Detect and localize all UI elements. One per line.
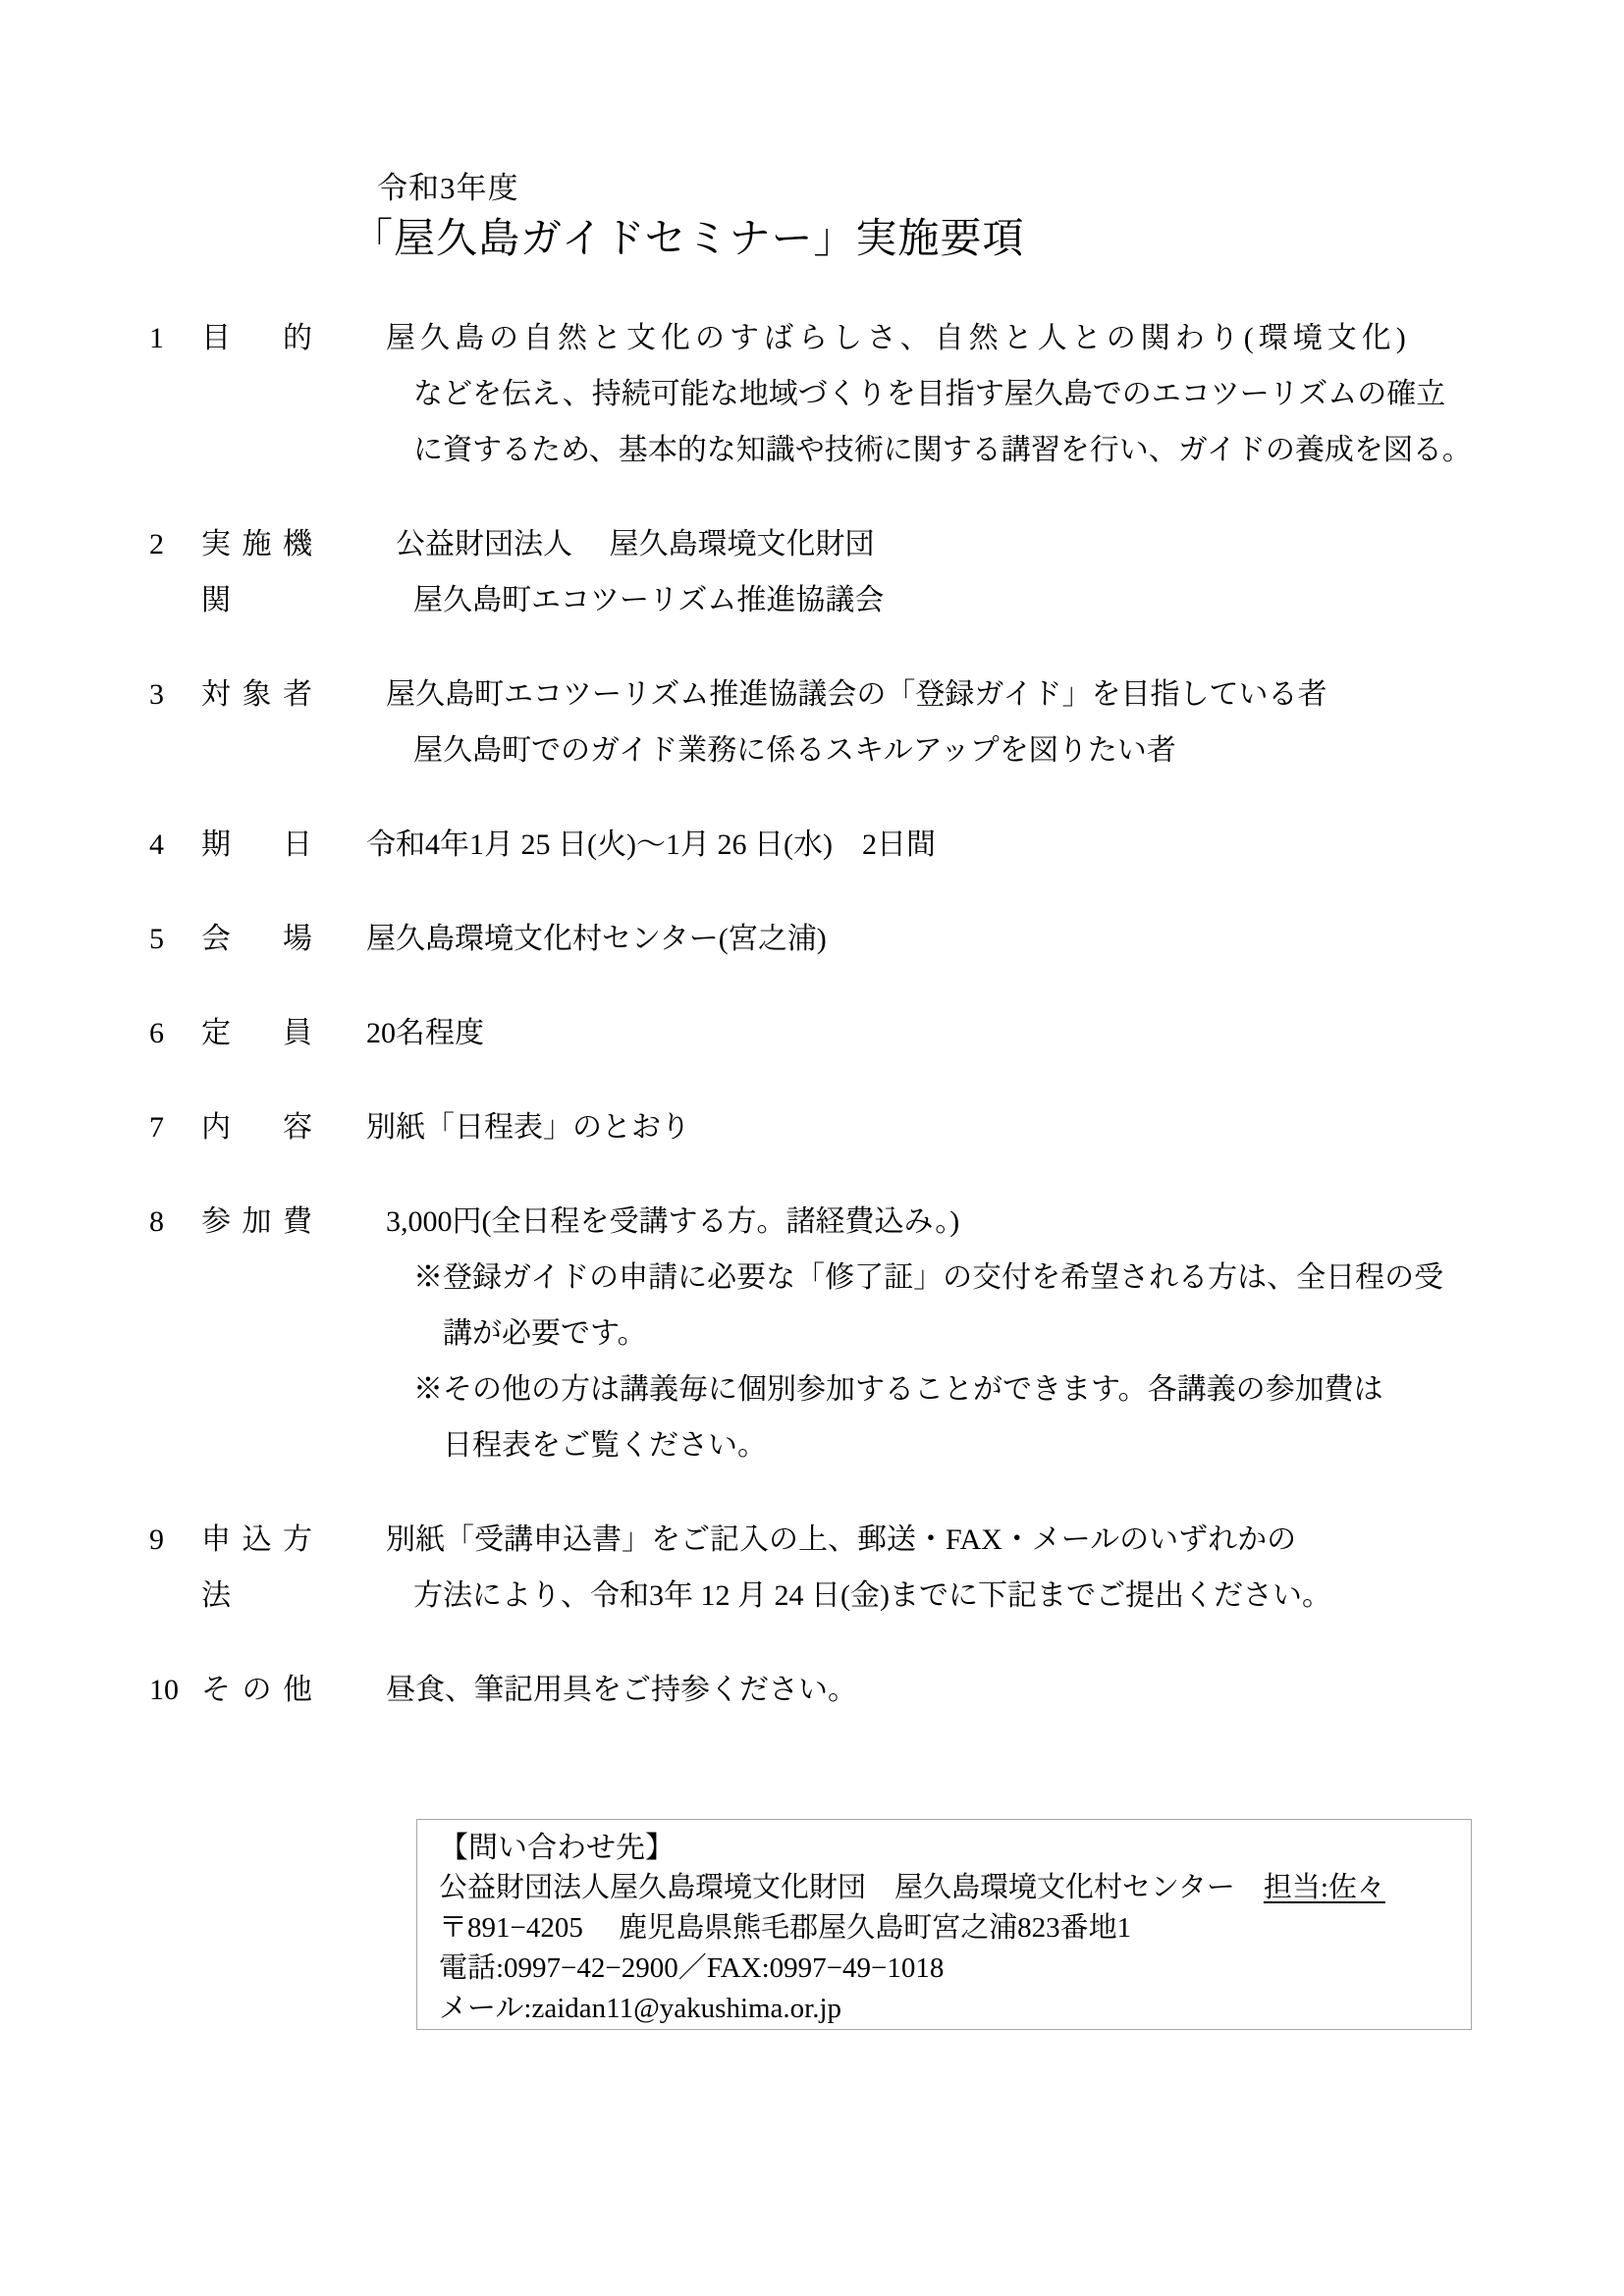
contact-organization-line: 公益財団法人屋久島環境文化財団 屋久島環境文化村センター 担当:佐々 xyxy=(439,1868,1449,1908)
item-8: 8参加費3,000円(全日程を受講する方。諸経費込み。)※登録ガイドの申請に必要… xyxy=(149,1194,1524,1473)
item-number: 7 xyxy=(149,1099,201,1155)
item-1: 1目的屋久島の自然と文化のすばらしさ、自然と人との関わり(環境文化)などを伝え、… xyxy=(149,310,1524,478)
item-line: 講が必要です。 xyxy=(366,1306,1524,1362)
contact-tel-fax: 電話:0997−42−2900／FAX:0997−49−1018 xyxy=(439,1949,1449,1989)
item-label: 参加費 xyxy=(201,1194,312,1250)
item-7: 7内容別紙「日程表」のとおり xyxy=(149,1099,1524,1155)
contact-box: 【問い合わせ先】 公益財団法人屋久島環境文化財団 屋久島環境文化村センター 担当… xyxy=(416,1819,1472,2030)
item-number: 5 xyxy=(149,911,201,967)
item-body: 昼食、筆記用具をご持参ください。 xyxy=(366,1662,1524,1718)
item-body: 屋久島町エコツーリズム推進協議会の「登録ガイド」を目指している者屋久島町でのガイ… xyxy=(366,667,1524,778)
item-number: 4 xyxy=(149,817,201,873)
item-line: ※登録ガイドの申請に必要な「修了証」の交付を希望される方は、全日程の受 xyxy=(366,1250,1524,1306)
item-number: 10 xyxy=(149,1662,201,1718)
item-label: 申込方法 xyxy=(201,1512,312,1624)
items-list: 1目的屋久島の自然と文化のすばらしさ、自然と人との関わり(環境文化)などを伝え、… xyxy=(149,310,1524,1756)
item-label: 対象者 xyxy=(201,667,312,722)
contact-email-label: メール: xyxy=(439,1993,531,2024)
item-line: に資するため、基本的な知識や技術に関する講習を行い、ガイドの養成を図る。 xyxy=(366,422,1524,478)
item-number: 2 xyxy=(149,516,201,572)
item-number: 1 xyxy=(149,310,201,366)
item-body: 3,000円(全日程を受講する方。諸経費込み。)※登録ガイドの申請に必要な「修了… xyxy=(366,1194,1524,1473)
item-line: 屋久島町エコツーリズム推進協議会 xyxy=(366,572,1524,628)
item-2: 2実施機関公益財団法人 屋久島環境文化財団屋久島町エコツーリズム推進協議会 xyxy=(149,516,1524,628)
item-number: 8 xyxy=(149,1194,201,1250)
item-line: ※その他の方は講義毎に個別参加することができます。各講義の参加費は xyxy=(366,1362,1524,1417)
item-line: 方法により、令和3年 12 月 24 日(金)までに下記までご提出ください。 xyxy=(366,1568,1524,1624)
item-3: 3対象者屋久島町エコツーリズム推進協議会の「登録ガイド」を目指している者屋久島町… xyxy=(149,667,1524,778)
item-label: その他 xyxy=(201,1662,312,1718)
item-line: 別紙「日程表」のとおり xyxy=(366,1099,1524,1155)
item-body: 公益財団法人 屋久島環境文化財団屋久島町エコツーリズム推進協議会 xyxy=(366,516,1524,628)
item-6: 6定員20名程度 xyxy=(149,1005,1524,1061)
contact-person: 担当:佐々 xyxy=(1264,1872,1385,1903)
item-number: 9 xyxy=(149,1512,201,1568)
item-body: 別紙「日程表」のとおり xyxy=(366,1099,1524,1155)
contact-email-line: メール:zaidan11@yakushima.or.jp xyxy=(439,1989,1449,2029)
item-4: 4期日令和4年1月 25 日(火)～1月 26 日(水) 2日間 xyxy=(149,817,1524,873)
fiscal-year-label: 令和3年度 xyxy=(377,163,519,207)
item-number: 3 xyxy=(149,667,201,722)
contact-gap xyxy=(1235,1872,1264,1903)
item-5: 5会場屋久島環境文化村センター(宮之浦) xyxy=(149,911,1524,967)
item-body: 屋久島環境文化村センター(宮之浦) xyxy=(366,911,1524,967)
item-label: 定員 xyxy=(201,1005,312,1061)
item-line: 屋久島の自然と文化のすばらしさ、自然と人との関わり(環境文化) xyxy=(366,310,1524,366)
item-line: 20名程度 xyxy=(366,1005,1524,1061)
contact-address: 〒891−4205 鹿児島県熊毛郡屋久島町宮之浦823番地1 xyxy=(439,1908,1449,1949)
item-9: 9申込方法別紙「受講申込書」をご記入の上、郵送・FAX・メールのいずれかの方法に… xyxy=(149,1512,1524,1624)
item-line: 別紙「受講申込書」をご記入の上、郵送・FAX・メールのいずれかの xyxy=(366,1512,1524,1568)
contact-organization: 公益財団法人屋久島環境文化財団 屋久島環境文化村センター xyxy=(439,1872,1235,1903)
item-line: 日程表をご覧ください。 xyxy=(366,1417,1524,1473)
item-line: 公益財団法人 屋久島環境文化財団 xyxy=(366,516,1524,572)
item-label: 期日 xyxy=(201,817,312,873)
item-label: 内容 xyxy=(201,1099,312,1155)
document-page: 令和3年度 「屋久島ガイドセミナー」実施要項 1目的屋久島の自然と文化のすばらし… xyxy=(0,0,1624,2296)
item-body: 令和4年1月 25 日(火)～1月 26 日(水) 2日間 xyxy=(366,817,1524,873)
item-10: 10その他昼食、筆記用具をご持参ください。 xyxy=(149,1662,1524,1718)
contact-heading: 【問い合わせ先】 xyxy=(439,1828,1449,1868)
item-line: 屋久島環境文化村センター(宮之浦) xyxy=(366,911,1524,967)
item-body: 20名程度 xyxy=(366,1005,1524,1061)
item-body: 屋久島の自然と文化のすばらしさ、自然と人との関わり(環境文化)などを伝え、持続可… xyxy=(366,310,1524,478)
item-line: などを伝え、持続可能な地域づくりを目指す屋久島でのエコツーリズムの確立 xyxy=(366,366,1524,422)
contact-email: zaidan11@yakushima.or.jp xyxy=(531,1993,841,2024)
item-body: 別紙「受講申込書」をご記入の上、郵送・FAX・メールのいずれかの方法により、令和… xyxy=(366,1512,1524,1624)
item-line: 屋久島町エコツーリズム推進協議会の「登録ガイド」を目指している者 xyxy=(366,667,1524,722)
document-title: 「屋久島ガイドセミナー」実施要項 xyxy=(352,206,1024,265)
item-line: 屋久島町でのガイド業務に係るスキルアップを図りたい者 xyxy=(366,722,1524,778)
item-label: 実施機関 xyxy=(201,516,312,628)
item-number: 6 xyxy=(149,1005,201,1061)
item-line: 令和4年1月 25 日(火)～1月 26 日(水) 2日間 xyxy=(366,817,1524,873)
item-line: 昼食、筆記用具をご持参ください。 xyxy=(366,1662,1524,1718)
item-label: 会場 xyxy=(201,911,312,967)
item-line: 3,000円(全日程を受講する方。諸経費込み。) xyxy=(366,1194,1524,1250)
item-label: 目的 xyxy=(201,310,312,366)
